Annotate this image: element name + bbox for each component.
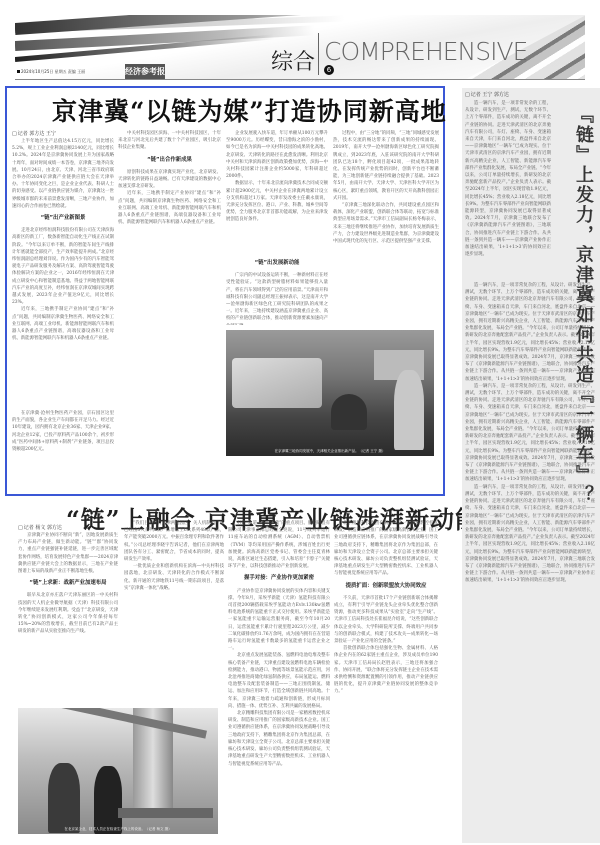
second-article-column-2: “我们目前拥有京津两地园区，关人机制造产品已经由3大系列6款产品增加至6大系列4… — [124, 520, 224, 702]
sidebar-body-lower: 造一辆汽车，是一项非常复杂的工程，从设计、研发到生产、测试，无数个环节、上万个零… — [465, 282, 595, 837]
second-article-photo[interactable]: 在北京某企业，技术人员正在检查生产线上的设备。（记者 杨文 摄） — [18, 708, 218, 834]
photo-person-right — [94, 766, 122, 834]
photo-person-left — [48, 763, 80, 833]
main-article-column-3b: “链”出发展新动能 广宗内的中试设备运转不断，一种新材料正在经受性能验证。“这款… — [226, 255, 328, 325]
section-title-cn: 综合 — [271, 45, 315, 76]
paragraph: 打造“轨道上的京津冀”的重点项目。鹏翎研程有限公司天津事业部总经理全亮说，11号… — [228, 520, 330, 570]
paragraph: 广宗内的中试设备运转不断，一种新材料正在经受性能验证。“这款新型树脂材料如果能够… — [226, 272, 328, 325]
paragraph: 首批创新联合体包括强化生物、金属材料、人格体企业内在的62家链主重点企业，涉及成… — [334, 645, 438, 695]
paragraph: 在京津冀·沧州生物医药产业园，京石园区这里的生产面貌，各企业生产车间都在开足马力… — [12, 410, 114, 453]
sidebar-byline: 记者 王宁 郭方达 — [465, 91, 509, 98]
photo-person-standing — [394, 370, 424, 450]
photo-person-seated — [331, 394, 367, 430]
paragraph: 北京精雕科技集团有限公司是一家精密数控机床研发、制造和应用推广的国家级高新技术企… — [334, 520, 438, 578]
main-article-column-3: 企业发展驶入快车道，年订单额从100万元攀升至9000万元。历经蝶变，昔日渤海之… — [226, 130, 328, 255]
second-article-column-4: 北京精雕科技集团有限公司是一家精密数控机床研发、制造和应用推广的国家级高新技术企… — [334, 520, 438, 838]
main-article-subhead-3: “链”出发展新动能 — [226, 260, 328, 267]
paragraph: 不久前，天津市首批17个产业链创新联合体揭牌成立，有利于引导产业链龙头企业牵头优… — [334, 595, 438, 645]
main-article-byline: 记者 郭方达 王宁 — [12, 130, 56, 137]
main-article-photo[interactable]: 在京津冀三地协同发展中，天津相关企业推出新产品。（记者 王宁 摄） — [226, 330, 434, 456]
main-article-subhead-1: “链”出产业新图景 — [12, 215, 114, 222]
paragraph: 企业发展驶入快车道，年订单额从100万元攀升至9000万元。历经蝶变，昔日渤海之… — [226, 130, 328, 180]
paragraph: 上半年地区生产总值达4.15万亿元，同比增长5.2%，规上工业企业利润总额214… — [12, 138, 114, 210]
paragraph: 数据显示，十年来北京流向津冀技术合同成交额累计超2900亿元，中关村企业在津冀两… — [226, 180, 328, 223]
paragraph: 造一辆汽车，是一项非常复杂的工程，从设计、研发到生产、测试，无数个环节、上万个零… — [465, 484, 595, 585]
second-article-subhead-3: 提质扩面：创新联盟放大协同效应 — [334, 583, 438, 590]
paragraph: 一批优质企业和创新机构在滨海—中关村科技园落地，北京研发、天津转化的合作模式不断… — [124, 563, 224, 592]
main-article-column-1: 上半年地区生产总值达4.15万亿元，同比增长5.2%，规上工业企业利润总额214… — [12, 138, 114, 408]
section-title-en: COMPREHENSIVE — [324, 37, 527, 66]
dateline: 2024年10月25日 星期五 责编 王丽 — [17, 69, 85, 75]
paragraph: 走进北京经纬恒润科技股份有限公司在天津滨海高新区的新工厂，数条新智能自动化生产线… — [12, 227, 114, 306]
main-article-column-2: 中关村科技园区滨海、一中关村科技园区，十年来北京与河北先后共建了数十个产业园区，… — [118, 130, 221, 490]
main-article-subhead-2: “链”出合作新成果 — [118, 157, 221, 164]
paragraph: 近年来，三地携手制定产业协同“建点”和“补点”问题，共同编制京津冀生物医药、网络… — [118, 190, 221, 226]
paragraph: 原创科技成果在京津冀实现产业化，北京研发、天津转化的链路日益通畅。已有天津建设的… — [118, 169, 221, 191]
main-article-headline[interactable]: 京津冀“以链为媒”打造协同新高地 — [52, 92, 447, 128]
photo-screen-simulator — [232, 358, 322, 408]
second-article-subhead-2: 握手对接：产业协作更加紧密 — [228, 575, 330, 582]
paragraph: 联早从北京亦庄落户天津东丽区的一中关村科技园的天人机企业微导航据（天津）科技有限… — [18, 592, 118, 635]
photo-machine-beam — [39, 708, 207, 739]
paragraph: “京津冀三地深化联动合作，共同建设重点园区和载体，深化产业联盟，创新联合体等联动… — [333, 202, 439, 245]
paragraph: 造一辆汽车，是一项非常复杂的工程，从设计、研发到生产、测试，无数个环节、上万个零… — [465, 383, 595, 484]
paragraph: 产业协作是京津冀协同发展的实体内容和关键支撑。今年8月，采埃孚新能（天津）氢能科… — [228, 588, 330, 653]
main-article-column-4: 过程中，由“三分地”的同频，“三地”同城感受发展热，技术交流的畅达带来了创新成果… — [333, 130, 439, 325]
paragraph: 京津冀产业协同不断向“新”，因地发展新质生产力布局产业链，做生新动能。“链”“群… — [18, 532, 118, 575]
paragraph: 北京重点发展氢能装备、氢燃料电池电堆及整车核心装备产业链，天津重点建设氢燃料电池… — [228, 652, 330, 710]
paragraph: 中关村科技园区滨海、一中关村科技园区，十年来北京与河北先后共建了数十个产业园区，… — [118, 130, 221, 152]
newspaper-logo: 经济参考报 — [125, 64, 165, 79]
paragraph: 近年来，三地携手制定产业协同“建点”和“补点”问题，共同编制京津冀生物医药、网络… — [12, 306, 114, 342]
paragraph: 造一辆汽车，是一项非常复杂的工程，从设计、研发到生产、测试，无数个环节、上万个零… — [465, 100, 551, 258]
photo-caption: 在北京某企业，技术人员正在检查生产线上的设备。（记者 杨文 摄） — [18, 827, 218, 832]
paragraph: “我们目前拥有京津两地园区，关人机制造产品已经由3大系列6款产品增加至6大系列4… — [124, 520, 224, 563]
photo-machine-table — [118, 808, 213, 818]
second-article-column-3: 打造“轨道上的京津冀”的重点项目。鹏翎研程有限公司天津事业部总经理全亮说，11号… — [228, 520, 330, 838]
paragraph: 北京精雕科技集团有限公司是一家精密数控机床研发、制造和应用推广的国家级高新技术企… — [228, 710, 330, 768]
paragraph: 过程中，由“三分地”的同频，“三地”同城感受发展热，技术交流的畅达带来了创新成果… — [333, 130, 439, 202]
second-article-subhead-1: “链”上求新：战新产业加速布局 — [18, 580, 118, 587]
second-article-byline: 记者 杨文 郭方达 — [18, 524, 62, 531]
sidebar-body-upper: 造一辆汽车，是一项非常复杂的工程，从设计、研发到生产、测试，无数个环节、上万个零… — [465, 100, 551, 280]
page-number-badge: 6 — [324, 65, 334, 75]
page-masthead: 综合 COMPREHENSIVE 6 2024年10月25日 星期五 责编 王丽… — [15, 15, 585, 80]
photo-caption: 在京津冀三地协同发展中，天津相关企业推出新产品。（记者 王宁 摄） — [226, 449, 434, 454]
paragraph: 造一辆汽车，是一项非常复杂的工程，从设计、研发到生产、测试，无数个环节、上万个零… — [465, 282, 595, 383]
section-divider — [318, 33, 319, 75]
second-article-column-1: 京津冀产业协同不断向“新”，因地发展新质生产力布局产业链，做生新动能。“链”“群… — [18, 532, 118, 702]
main-article-column-1b: 在京津冀·沧州生物医药产业园，京石园区这里的生产面貌，各企业生产车间都在开足马力… — [12, 410, 114, 490]
